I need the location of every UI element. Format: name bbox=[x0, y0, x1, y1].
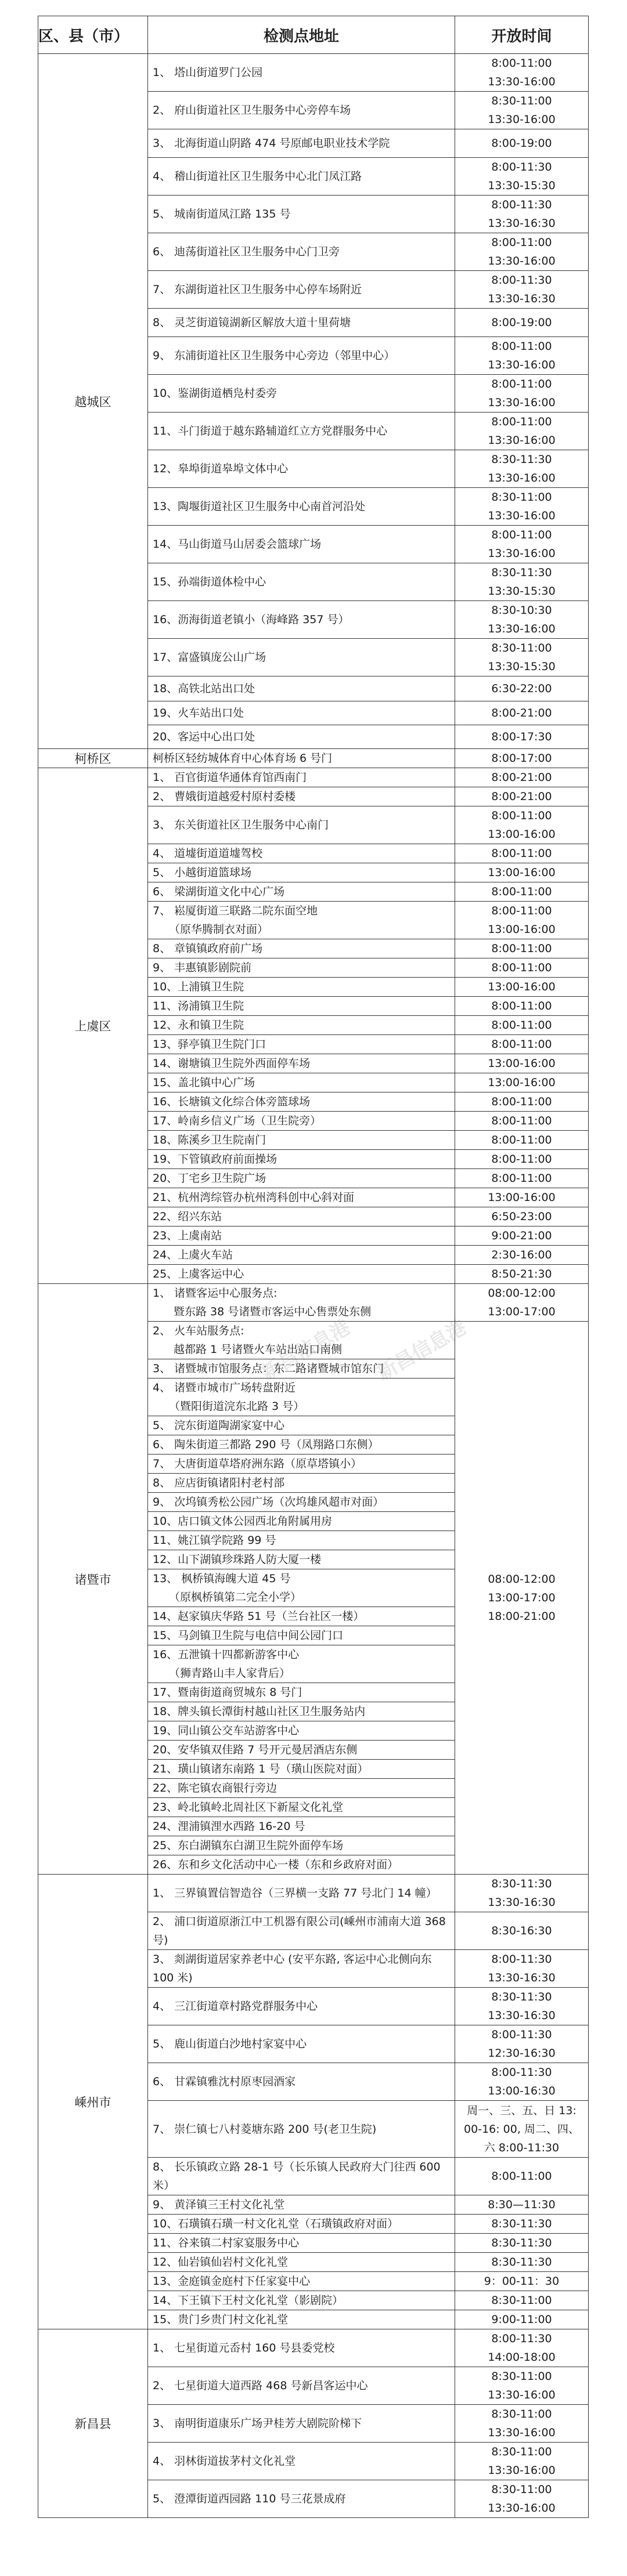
address-cell: 3、 诸暨城市馆服务点：东二路诸暨城市馆东门 bbox=[148, 1359, 455, 1379]
address-line: 23、上虞南站 bbox=[153, 1227, 452, 1245]
hours-cell: 8:30-10:3013:30-16:00 bbox=[455, 601, 589, 639]
hours-cell: 8:00-11:00 bbox=[455, 1035, 589, 1054]
hours-line: 8:00-19:00 bbox=[455, 313, 588, 332]
hours-line: 8:00-17:30 bbox=[455, 728, 588, 746]
hours-cell: 8:00-17:00 bbox=[455, 749, 589, 768]
address-cell: 2、 火车站服务点:越都路 1 号诸暨火车站出站口南侧 bbox=[148, 1322, 455, 1359]
address-cell: 18、高铁北站出口处 bbox=[148, 676, 455, 701]
hours-cell: 6:50-23:00 bbox=[455, 1207, 589, 1227]
address-line: 14、马山街道马山居委会篮球广场 bbox=[153, 535, 452, 553]
hours-line: 8:30-11:30 bbox=[455, 1875, 588, 1893]
address-line: 24、浬浦镇浬水西路 16-20 号 bbox=[153, 1817, 452, 1836]
hours-line: 8:00-11:30 bbox=[455, 2025, 588, 2044]
address-cell: 5、 澄潭街道西园路 110 号三花景成府 bbox=[148, 2480, 455, 2518]
address-line: 8、 长乐镇政立路 28-1 号（长乐镇人民政府大门往西 600 米） bbox=[153, 2158, 452, 2195]
hours-line: 8:00-19:00 bbox=[455, 134, 588, 153]
address-line: 17、岭南乡信义广场（卫生院旁） bbox=[153, 1112, 452, 1130]
address-cell: 3、 东关街道社区卫生服务中心南门 bbox=[148, 806, 455, 844]
address-cell: 20、丁宅乡卫生院广场 bbox=[148, 1169, 455, 1188]
address-line: 2、 浦口街道原浙江中工机器有限公司(嵊州市浦南大道 368 号) bbox=[153, 1912, 452, 1949]
address-cell: 12、山下湖镇珍珠路人防大厦一楼 bbox=[148, 1550, 455, 1569]
address-cell: 2、 曹娥街道越爱村原村委楼 bbox=[148, 787, 455, 806]
address-cell: 6、 甘霖镇雅沈村原枣园酒家 bbox=[148, 2063, 455, 2101]
hours-line: 18:00-21:00 bbox=[455, 1607, 588, 1626]
hours-cell: 8:00-11:0013:00-16:00 bbox=[455, 902, 589, 939]
address-line: （暨阳街道浣东北路 3 号） bbox=[153, 1397, 452, 1416]
hours-cell: 8:00-11:3014:00-18:00 bbox=[455, 2329, 589, 2367]
hours-line: 13:30-16:00 bbox=[455, 252, 588, 270]
hours-line: 8:00-11:30 bbox=[455, 2329, 588, 2348]
hours-line: 9:00-11:00 bbox=[455, 2310, 588, 2329]
address-line: 14、下王镇下王村文化礼堂（影剧院） bbox=[153, 2291, 452, 2310]
address-cell: 23、岭北镇岭北周社区下新屋文化礼堂 bbox=[148, 1798, 455, 1817]
address-cell: 17、暨南街道商贸城东 8 号门 bbox=[148, 1683, 455, 1702]
address-line: （原华腾制衣对面） bbox=[153, 920, 452, 939]
hours-cell: 9:00-21:00 bbox=[455, 1227, 589, 1246]
hours-cell: 周一、三、五、日 13:00-16: 00, 周二、四、六 8:00-11:30 bbox=[455, 2101, 589, 2158]
address-cell: 1、 三界镇置信智造谷（三界横一支路 77 号北门 14 幢） bbox=[148, 1875, 455, 1912]
hours-cell: 8:30-11:30 bbox=[455, 2253, 589, 2272]
district-cell: 柯桥区 bbox=[38, 749, 148, 768]
address-cell: 8、 长乐镇政立路 28-1 号（长乐镇人民政府大门往西 600 米） bbox=[148, 2158, 455, 2195]
hours-line: 13:00-16:00 bbox=[455, 825, 588, 844]
address-line: 越都路 1 号诸暨火车站出站口南侧 bbox=[153, 1340, 452, 1359]
hours-cell: 8:30-11:3013:30-15:30 bbox=[455, 563, 589, 601]
address-cell: 15、盖北镇中心广场 bbox=[148, 1073, 455, 1092]
address-cell: 7、 崧厦街道三联路二院东面空地（原华腾制衣对面） bbox=[148, 902, 455, 939]
hours-line: 8:30-11:00 bbox=[455, 2367, 588, 2386]
address-line: 25、上虞客运中心 bbox=[153, 1265, 452, 1283]
hours-line: 14:00-18:00 bbox=[455, 2348, 588, 2367]
address-line: 17、暨南街道商贸城东 8 号门 bbox=[153, 1683, 452, 1702]
address-line: 16、沥海街道老镇小（海峰路 357 号） bbox=[153, 610, 452, 629]
hours-cell: 8:30-11:30 bbox=[455, 2234, 589, 2253]
address-line: 3、 东关街道社区卫生服务中心南门 bbox=[153, 816, 452, 834]
hours-line: 8:00-11:00 bbox=[455, 233, 588, 252]
hours-line: 13:30-15:30 bbox=[455, 657, 588, 676]
hours-line: 13:30-16:00 bbox=[455, 431, 588, 450]
address-line: 暨东路 38 号诸暨市客运中心售票处东侧 bbox=[153, 1303, 452, 1321]
address-line: 15、马剑镇卫生院与电信中间公园门口 bbox=[153, 1626, 452, 1645]
hours-line: 13:30-16:00 bbox=[455, 506, 588, 525]
hours-line: 13:00-17:00 bbox=[455, 1589, 588, 1607]
address-line: 19、同山镇公交车站游客中心 bbox=[153, 1721, 452, 1740]
address-cell: 18、陈溪乡卫生院南门 bbox=[148, 1131, 455, 1150]
address-cell: 14、下王镇下王村文化礼堂（影剧院） bbox=[148, 2291, 455, 2310]
address-cell: 7、 大唐街道草塔府洲东路（原草塔镇小） bbox=[148, 1455, 455, 1474]
address-cell: 14、谢塘镇卫生院外西面停车场 bbox=[148, 1054, 455, 1073]
address-line: 10、石璜镇石璜一村文化礼堂（石璜镇政府对面） bbox=[153, 2215, 452, 2233]
hours-line: 8:00-11:00 bbox=[455, 1131, 588, 1149]
address-cell: 13、陶堰街道社区卫生服务中心南首河沿处 bbox=[148, 488, 455, 526]
hours-cell: 8:00-11:00 bbox=[455, 844, 589, 863]
hours-line: 8:30-11:00 bbox=[455, 92, 588, 110]
address-cell: 4、 三江街道章村路党群服务中心 bbox=[148, 1988, 455, 2025]
hours-cell: 8:30-11:0013:30-16:00 bbox=[455, 2443, 589, 2480]
hours-cell: 8:30—11:30 bbox=[455, 2195, 589, 2215]
address-cell: 11、汤浦镇卫生院 bbox=[148, 997, 455, 1016]
address-line: 7、 崇仁镇七八村菱塘东路 200 号(老卫生院) bbox=[153, 2120, 452, 2139]
hours-line: 8:00-21:00 bbox=[455, 787, 588, 806]
hours-cell: 8:00-21:00 bbox=[455, 787, 589, 806]
header-district: 区、县（市） bbox=[38, 16, 148, 54]
address-line: 5、 鹿山街道白沙地村家宴中心 bbox=[153, 2035, 452, 2053]
address-cell: 17、富盛镇庞公山广场 bbox=[148, 639, 455, 676]
hours-line: 8:00-11:30 bbox=[455, 196, 588, 214]
address-line: 1、 三界镇置信智造谷（三界横一支路 77 号北门 14 幢） bbox=[153, 1884, 452, 1902]
hours-cell: 8:30-11:3013:30-16:00 bbox=[455, 450, 589, 488]
hours-line: 8:30-10:30 bbox=[455, 601, 588, 620]
address-line: 12、皋埠街道皋埠文体中心 bbox=[153, 460, 452, 478]
table-row: 新昌县1、 七星街道元岙村 160 号县委党校8:00-11:3014:00-1… bbox=[38, 2329, 589, 2367]
address-cell: 4、 羽林街道拔茅村文化礼堂 bbox=[148, 2443, 455, 2480]
address-line: 8、 章镇镇政府前广场 bbox=[153, 939, 452, 958]
address-line: 14、谢塘镇卫生院外西面停车场 bbox=[153, 1054, 452, 1073]
address-line: 17、富盛镇庞公山广场 bbox=[153, 648, 452, 667]
hours-line: 8:00-11:00 bbox=[455, 1150, 588, 1168]
address-line: 22、绍兴东站 bbox=[153, 1207, 452, 1226]
hours-cell: 8:30-16:30 bbox=[455, 1912, 589, 1950]
hours-cell: 9：00-11：30 bbox=[455, 2272, 589, 2291]
hours-line: 8:30-11:30 bbox=[455, 2234, 588, 2252]
hours-line: 8:00-11:00 bbox=[455, 2167, 588, 2186]
address-line: 2、 火车站服务点: bbox=[153, 1322, 452, 1340]
hours-line: 13:00-16:00 bbox=[455, 920, 588, 939]
hours-line: 13:30-15:30 bbox=[455, 582, 588, 600]
address-line: 3、 诸暨城市馆服务点：东二路诸暨城市馆东门 bbox=[153, 1359, 452, 1378]
hours-cell: 8:00-21:00 bbox=[455, 768, 589, 787]
address-cell: 柯桥区轻纺城体育中心体育场 6 号门 bbox=[148, 749, 455, 768]
address-cell: 22、陈宅镇农商银行旁边 bbox=[148, 1779, 455, 1798]
district-cell: 嵊州市 bbox=[38, 1875, 148, 2329]
hours-cell: 8:00-11:0013:30-16:00 bbox=[455, 526, 589, 563]
address-line: 5、 浣东街道陶湖家宴中心 bbox=[153, 1416, 452, 1435]
address-line: 25、东白湖镇东白湖卫生院外面停车场 bbox=[153, 1836, 452, 1855]
address-cell: 24、上虞火车站 bbox=[148, 1246, 455, 1265]
address-cell: 21、璜山镇诸东南路 1 号（璜山医院对面） bbox=[148, 1760, 455, 1779]
table-row: 诸暨市1、 诸暨客运中心服务点:暨东路 38 号诸暨市客运中心售票处东侧08:0… bbox=[38, 1284, 589, 1322]
hours-line: 8:30-11:00 bbox=[455, 2443, 588, 2461]
address-cell: 13、金庭镇金庭村下任家宴中心 bbox=[148, 2272, 455, 2291]
hours-line: 13:30-16:30 bbox=[455, 2006, 588, 2025]
hours-line: 13:30-16:00 bbox=[455, 73, 588, 91]
address-line: 9、 次坞镇秀松公园广场（次坞雄风超市对面） bbox=[153, 1493, 452, 1511]
address-line: 20、客运中心出口处 bbox=[153, 728, 452, 746]
hours-line: 6:50-23:00 bbox=[455, 1207, 588, 1226]
address-line: 16、长塘镇文化综合体旁篮球场 bbox=[153, 1092, 452, 1111]
hours-line: 8:30-11:00 bbox=[455, 2291, 588, 2310]
hours-cell: 13:00-16:00 bbox=[455, 863, 589, 882]
address-line: 6、 陶朱街道三都路 290 号（凤翔路口东侧） bbox=[153, 1435, 452, 1454]
address-cell: 5、 浣东街道陶湖家宴中心 bbox=[148, 1416, 455, 1435]
hours-line: 8:00-11:00 bbox=[455, 375, 588, 393]
hours-line: 13:30-16:30 bbox=[455, 214, 588, 233]
address-line: 2、 府山街道社区卫生服务中心旁停车场 bbox=[153, 101, 452, 120]
hours-line: 8:00-11:00 bbox=[455, 1169, 588, 1188]
address-line: 22、陈宅镇农商银行旁边 bbox=[153, 1779, 452, 1797]
address-line: 3、 北海街道山阴路 474 号原邮电职业技术学院 bbox=[153, 134, 452, 153]
address-line: 20、安华镇双佳路 7 号开元曼居酒店东侧 bbox=[153, 1741, 452, 1759]
hours-line: 12:30-16:30 bbox=[455, 2044, 588, 2063]
address-line: 11、姚江镇学院路 99 号 bbox=[153, 1531, 452, 1550]
address-line: 6、 梁湖街道文化中心广场 bbox=[153, 882, 452, 901]
address-line: 11、斗门街道于越东路辅道红立方党群服务中心 bbox=[153, 422, 452, 440]
address-line: 12、仙岩镇仙岩村文化礼堂 bbox=[153, 2253, 452, 2271]
hours-line: 13:30-16:30 bbox=[455, 1969, 588, 1987]
address-cell: 1、 诸暨客运中心服务点:暨东路 38 号诸暨市客运中心售票处东侧 bbox=[148, 1284, 455, 1322]
hours-cell: 8:00-11:00 bbox=[455, 939, 589, 958]
address-line: 1、 诸暨客运中心服务点: bbox=[153, 1284, 452, 1303]
address-line: 14、赵家镇庆华路 51 号（兰台社区一楼） bbox=[153, 1607, 452, 1626]
hours-line: 13:30-16:00 bbox=[455, 469, 588, 487]
address-line: （原枫桥镇第二完全小学） bbox=[153, 1588, 452, 1607]
address-line: 2、 七星街道大道西路 468 号新昌客运中心 bbox=[153, 2376, 452, 2395]
hours-line: 13:30-16:00 bbox=[455, 2461, 588, 2480]
address-cell: 14、马山街道马山居委会篮球广场 bbox=[148, 526, 455, 563]
address-line: 4、 羽林街道拔茅村文化礼堂 bbox=[153, 2452, 452, 2470]
address-line: 6、 迪荡街道社区卫生服务中心门卫旁 bbox=[153, 243, 452, 261]
address-cell: 16、五泄镇十四都新游客中心（狮青路山丰人家背后） bbox=[148, 1645, 455, 1683]
address-cell: 5、 城南街道凤江路 135 号 bbox=[148, 196, 455, 233]
address-line: 7、 崧厦街道三联路二院东面空地 bbox=[153, 902, 452, 920]
hours-line: 8:00-11:00 bbox=[455, 997, 588, 1015]
address-line: 26、东和乡文化活动中心一楼（东和乡政府对面） bbox=[153, 1855, 452, 1874]
hours-cell: 6:30-22:00 bbox=[455, 676, 589, 701]
address-line: 6、 甘霖镇雅沈村原枣园酒家 bbox=[153, 2072, 452, 2091]
hours-cell: 8:00-11:0013:30-16:00 bbox=[455, 233, 589, 271]
hours-cell: 8:00-11:0013:00-16:00 bbox=[455, 806, 589, 844]
hours-line: 6:30-22:00 bbox=[455, 679, 588, 698]
district-cell: 诸暨市 bbox=[38, 1284, 148, 1875]
address-line: 4、 三江街道章村路党群服务中心 bbox=[153, 1997, 452, 2016]
hours-line: 13:30-15:30 bbox=[455, 176, 588, 195]
table-body: 越城区1、 塔山街道罗门公园8:00-11:0013:30-16:002、 府山… bbox=[38, 54, 589, 2518]
hours-line: 08:00-12:00 bbox=[455, 1570, 588, 1589]
address-line: 13、陶堰街道社区卫生服务中心南首河沿处 bbox=[153, 497, 452, 516]
hours-line: 8:30-11:00 bbox=[455, 2480, 588, 2499]
address-line: 21、杭州湾综管办杭州湾科创中心斜对面 bbox=[153, 1188, 452, 1207]
address-line: 24、上虞火车站 bbox=[153, 1246, 452, 1264]
address-line: 2、 曹娥街道越爱村原村委楼 bbox=[153, 787, 452, 806]
hours-line: 8:00-21:00 bbox=[455, 768, 588, 787]
hours-line: 13:30-16:30 bbox=[455, 290, 588, 308]
hours-cell: 2:30-16:00 bbox=[455, 1246, 589, 1265]
hours-line: 8:30-11:30 bbox=[455, 1988, 588, 2006]
address-cell: 1、 百官街道华通体育馆西南门 bbox=[148, 768, 455, 787]
address-cell: 23、上虞南站 bbox=[148, 1227, 455, 1246]
hours-cell: 13:00-16:00 bbox=[455, 1073, 589, 1092]
hours-line: 00-16: 00, 周二、四、 bbox=[455, 2120, 588, 2139]
district-cell: 越城区 bbox=[38, 54, 148, 749]
hours-line: 六 8:00-11:30 bbox=[455, 2139, 588, 2157]
address-line: 15、盖北镇中心广场 bbox=[153, 1073, 452, 1092]
hours-cell: 08:00-12:0013:00-17:00 bbox=[455, 1284, 589, 1322]
address-cell: 13、 枫桥镇海魄大道 45 号（原枫桥镇第二完全小学） bbox=[148, 1569, 455, 1607]
address-line: 13、金庭镇金庭村下任家宴中心 bbox=[153, 2272, 452, 2291]
hours-line: 8:00-11:30 bbox=[455, 271, 588, 290]
address-cell: 9、 丰惠镇影剧院前 bbox=[148, 958, 455, 978]
hours-line: 8:30-11:00 bbox=[455, 639, 588, 657]
address-cell: 20、安华镇双佳路 7 号开元曼居酒店东侧 bbox=[148, 1741, 455, 1760]
hours-line: 8:00-17:00 bbox=[455, 749, 588, 768]
address-cell: 7、 崇仁镇七八村菱塘东路 200 号(老卫生院) bbox=[148, 2101, 455, 2158]
hours-cell: 8:30-11:3013:30-16:30 bbox=[455, 1875, 589, 1912]
address-line: 18、牌头镇长潭街村越山社区卫生服务站内 bbox=[153, 1702, 452, 1721]
hours-line: 8:00-11:30 bbox=[455, 158, 588, 176]
hours-cell: 9:00-11:00 bbox=[455, 2310, 589, 2329]
address-cell: 15、贵门乡贵门村文化礼堂 bbox=[148, 2310, 455, 2329]
address-cell: 15、孙端街道体检中心 bbox=[148, 563, 455, 601]
hours-cell: 13:00-16:00 bbox=[455, 1054, 589, 1073]
district-cell: 新昌县 bbox=[38, 2329, 148, 2518]
address-cell: 21、杭州湾综管办杭州湾科创中心斜对面 bbox=[148, 1188, 455, 1207]
hours-line: 8:00-11:00 bbox=[455, 526, 588, 544]
hours-cell: 8:00-11:0013:30-16:00 bbox=[455, 54, 589, 92]
hours-line: 8:50-21:30 bbox=[455, 1265, 588, 1283]
hours-cell: 8:00-11:0013:30-16:00 bbox=[455, 375, 589, 413]
address-line: 18、陈溪乡卫生院南门 bbox=[153, 1131, 452, 1149]
address-line: 1、 七星街道元岙村 160 号县委党校 bbox=[153, 2339, 452, 2357]
address-cell: 4、 诸暨市城市广场转盘附近（暨阳街道浣东北路 3 号） bbox=[148, 1379, 455, 1416]
address-cell: 12、皋埠街道皋埠文体中心 bbox=[148, 450, 455, 488]
address-line: （狮青路山丰人家背后） bbox=[153, 1664, 452, 1683]
address-line: 18、高铁北站出口处 bbox=[153, 679, 452, 698]
address-line: 21、璜山镇诸东南路 1 号（璜山医院对面） bbox=[153, 1760, 452, 1778]
hours-line: 13:00-16:30 bbox=[455, 2082, 588, 2100]
hours-cell: 8:30-11:0013:30-16:00 bbox=[455, 2480, 589, 2518]
address-cell: 19、火车站出口处 bbox=[148, 701, 455, 725]
hours-line: 8:00-11:00 bbox=[455, 958, 588, 977]
address-cell: 3、 南明街道康乐广场尹桂芳大剧院阶梯下 bbox=[148, 2405, 455, 2443]
address-cell: 8、 灵芝街道镜湖新区解放大道十里荷塘 bbox=[148, 309, 455, 337]
address-cell: 11、谷来镇二村家宴服务中心 bbox=[148, 2234, 455, 2253]
address-line: 11、谷来镇二村家宴服务中心 bbox=[153, 2234, 452, 2252]
hours-cell: 8:50-21:30 bbox=[455, 1265, 589, 1284]
hours-line: 13:30-16:00 bbox=[455, 2423, 588, 2442]
address-line: 15、贵门乡贵门村文化礼堂 bbox=[153, 2310, 452, 2329]
address-cell: 12、永和镇卫生院 bbox=[148, 1016, 455, 1035]
hours-line: 8:00-11:00 bbox=[455, 1035, 588, 1054]
address-cell: 8、 章镇镇政府前广场 bbox=[148, 939, 455, 958]
hours-cell: 13:00-16:00 bbox=[455, 1188, 589, 1207]
hours-line: 8:30-11:30 bbox=[455, 450, 588, 469]
hours-line: 13:30-16:00 bbox=[455, 2386, 588, 2404]
hours-line: 13:30-16:00 bbox=[455, 356, 588, 374]
hours-cell: 8:30-11:3013:30-16:30 bbox=[455, 1988, 589, 2025]
address-line: 柯桥区轻纺城体育中心体育场 6 号门 bbox=[153, 749, 452, 768]
hours-line: 8:00-11:30 bbox=[455, 2063, 588, 2082]
hours-line: 8:00-11:00 bbox=[455, 844, 588, 863]
address-cell: 7、 东湖街道社区卫生服务中心停车场附近 bbox=[148, 271, 455, 309]
address-line: 23、岭北镇岭北周社区下新屋文化礼堂 bbox=[153, 1798, 452, 1817]
address-line: 19、下管镇政府前面操场 bbox=[153, 1150, 452, 1168]
address-cell: 2、 府山街道社区卫生服务中心旁停车场 bbox=[148, 92, 455, 129]
hours-cell: 8:00-11:00 bbox=[455, 1016, 589, 1035]
hours-line: 13:30-16:00 bbox=[455, 2499, 588, 2517]
hours-cell: 8:00-11:00 bbox=[455, 1150, 589, 1169]
hours-cell: 8:00-11:3013:30-16:30 bbox=[455, 271, 589, 309]
address-cell: 2、 浦口街道原浙江中工机器有限公司(嵊州市浦南大道 368 号) bbox=[148, 1912, 455, 1950]
hours-line: 8:00-11:00 bbox=[455, 54, 588, 73]
address-cell: 25、东白湖镇东白湖卫生院外面停车场 bbox=[148, 1836, 455, 1855]
table-row: 嵊州市1、 三界镇置信智造谷（三界横一支路 77 号北门 14 幢）8:30-1… bbox=[38, 1875, 589, 1912]
hours-line: 13:00-16:00 bbox=[455, 978, 588, 996]
address-cell: 19、同山镇公交车站游客中心 bbox=[148, 1721, 455, 1741]
table-row: 上虞区1、 百官街道华通体育馆西南门8:00-21:00 bbox=[38, 768, 589, 787]
hours-line: 周一、三、五、日 13: bbox=[455, 2101, 588, 2120]
hours-cell: 8:30-11:0013:30-15:30 bbox=[455, 639, 589, 676]
address-cell: 16、沥海街道老镇小（海峰路 357 号） bbox=[148, 601, 455, 639]
address-line: 10、店口镇文体公园西北角附属用房 bbox=[153, 1512, 452, 1531]
address-cell: 20、客运中心出口处 bbox=[148, 725, 455, 749]
address-cell: 11、姚江镇学院路 99 号 bbox=[148, 1531, 455, 1550]
hours-cell: 8:00-11:3013:30-16:30 bbox=[455, 1950, 589, 1988]
address-line: 9、 丰惠镇影剧院前 bbox=[153, 958, 452, 977]
hours-cell: 8:00-11:00 bbox=[455, 958, 589, 978]
address-cell: 10、上浦镇卫生院 bbox=[148, 978, 455, 997]
address-cell: 14、赵家镇庆华路 51 号（兰台社区一楼） bbox=[148, 1607, 455, 1626]
hours-cell: 8:00-11:00 bbox=[455, 1131, 589, 1150]
address-cell: 6、 梁湖街道文化中心广场 bbox=[148, 882, 455, 902]
address-line: 9、 黄泽镇三王村文化礼堂 bbox=[153, 2195, 452, 2214]
address-cell: 8、 应店街镇诸阳村老村部 bbox=[148, 1474, 455, 1493]
hours-cell: 8:00-11:00 bbox=[455, 2158, 589, 2195]
address-cell: 5、 小越街道篮球场 bbox=[148, 863, 455, 882]
hours-line: 8:00-11:30 bbox=[455, 1950, 588, 1969]
address-cell: 17、岭南乡信义广场（卫生院旁） bbox=[148, 1112, 455, 1131]
address-cell: 1、 七星街道元岙村 160 号县委党校 bbox=[148, 2329, 455, 2367]
hours-cell: 13:00-16:00 bbox=[455, 978, 589, 997]
address-line: 5、 城南街道凤江路 135 号 bbox=[153, 205, 452, 223]
shared-hours-cell: 08:00-12:0013:00-17:0018:00-21:00 bbox=[455, 1322, 589, 1875]
hours-cell: 8:00-11:00 bbox=[455, 1092, 589, 1112]
address-line: 10、上浦镇卫生院 bbox=[153, 978, 452, 996]
address-cell: 10、石璜镇石璜一村文化礼堂（石璜镇政府对面） bbox=[148, 2215, 455, 2234]
address-line: 10、鉴湖街道栖凫村委旁 bbox=[153, 384, 452, 403]
address-line: 15、孙端街道体检中心 bbox=[153, 573, 452, 591]
address-cell: 15、马剑镇卫生院与电信中间公园门口 bbox=[148, 1626, 455, 1645]
hours-line: 13:00-16:00 bbox=[455, 863, 588, 882]
address-cell: 11、斗门街道于越东路辅道红立方党群服务中心 bbox=[148, 413, 455, 450]
address-line: 7、 东湖街道社区卫生服务中心停车场附近 bbox=[153, 280, 452, 299]
address-cell: 18、牌头镇长潭街村越山社区卫生服务站内 bbox=[148, 1702, 455, 1721]
address-cell: 25、上虞客运中心 bbox=[148, 1265, 455, 1284]
address-cell: 19、下管镇政府前面操场 bbox=[148, 1150, 455, 1169]
hours-line: 13:30-16:00 bbox=[455, 620, 588, 638]
table-row: 越城区1、 塔山街道罗门公园8:00-11:0013:30-16:00 bbox=[38, 54, 589, 92]
address-cell: 4、 稽山街道社区卫生服务中心北门凤江路 bbox=[148, 158, 455, 196]
hours-line: 8:30-11:30 bbox=[455, 2253, 588, 2271]
address-line: 13、 枫桥镇海魄大道 45 号 bbox=[153, 1569, 452, 1588]
address-line: 5、 澄潭街道西园路 110 号三花景成府 bbox=[153, 2490, 452, 2508]
hours-cell: 8:00-11:3012:30-16:30 bbox=[455, 2025, 589, 2063]
address-cell: 3、 剡湖街道居家养老中心 (安平东路, 客运中心北侧向东 100 米) bbox=[148, 1950, 455, 1988]
hours-line: 8:00-21:00 bbox=[455, 704, 588, 722]
hours-line: 13:30-16:00 bbox=[455, 110, 588, 129]
address-cell: 3、 北海街道山阴路 474 号原邮电职业技术学院 bbox=[148, 129, 455, 158]
address-line: 1、 塔山街道罗门公园 bbox=[153, 63, 452, 82]
hours-line: 8:00-11:00 bbox=[455, 882, 588, 901]
hours-line: 13:00-16:00 bbox=[455, 1073, 588, 1092]
hours-line: 8:30-11:30 bbox=[455, 563, 588, 582]
address-line: 5、 小越街道篮球场 bbox=[153, 863, 452, 882]
hours-line: 8:30-11:00 bbox=[455, 488, 588, 506]
hours-line: 8:00-11:00 bbox=[455, 902, 588, 920]
hours-cell: 8:00-17:30 bbox=[455, 725, 589, 749]
hours-cell: 8:00-11:3013:00-16:30 bbox=[455, 2063, 589, 2101]
table-header-row: 区、县（市） 检测点地址 开放时间 bbox=[38, 16, 589, 54]
district-cell: 上虞区 bbox=[38, 768, 148, 1284]
